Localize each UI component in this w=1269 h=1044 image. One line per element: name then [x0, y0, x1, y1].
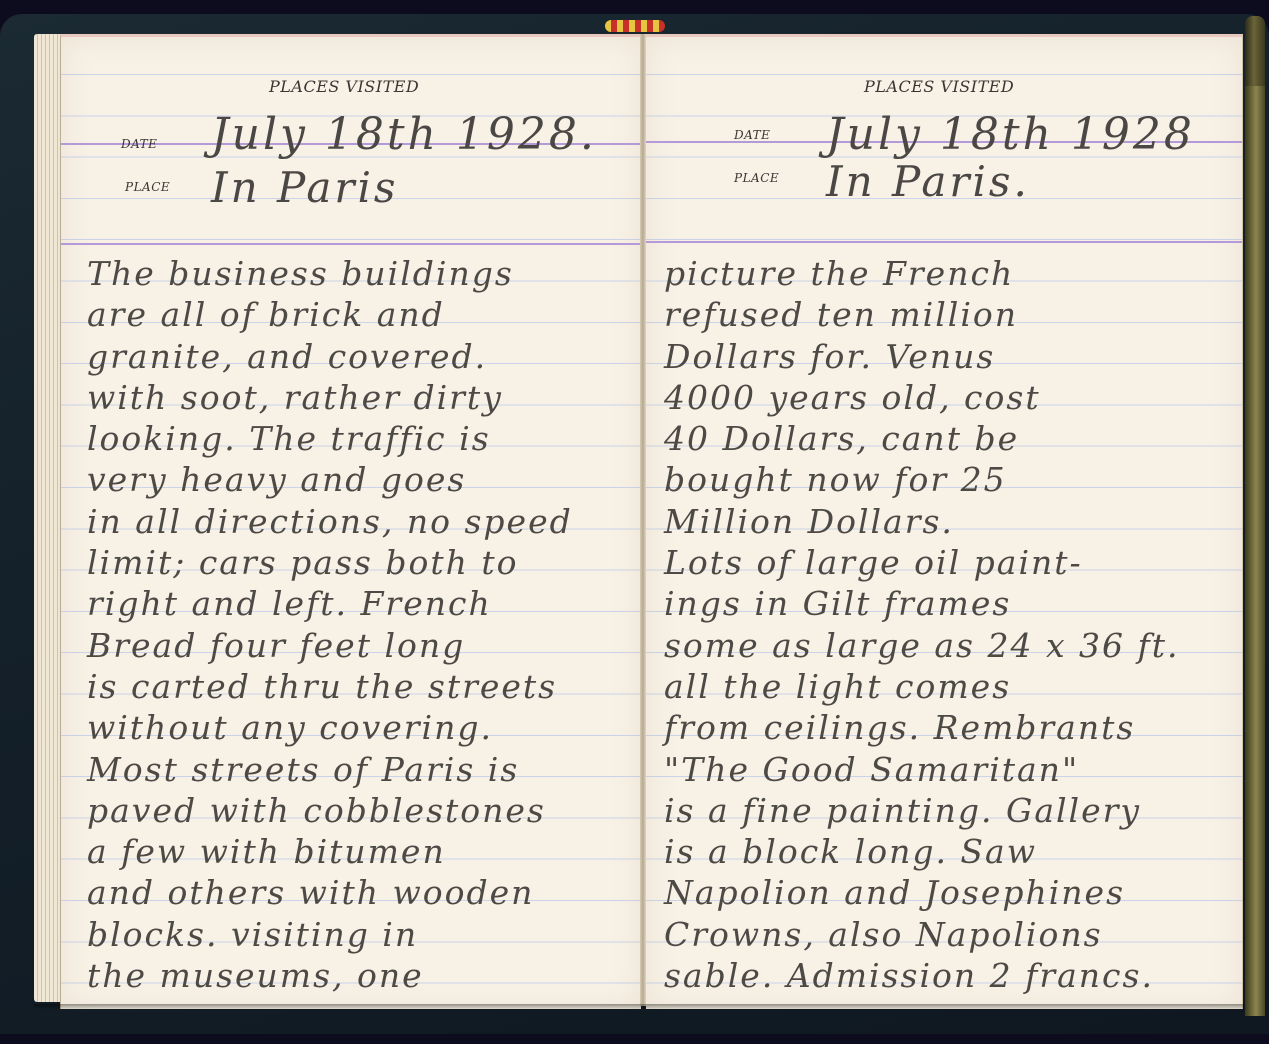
text-line: ings in Gilt frames [664, 583, 1180, 624]
page-heading: PLACES VISITED [269, 77, 419, 96]
right-page: PLACES VISITED DATE PLACE July 18th 1928… [646, 34, 1243, 1009]
text-line: some as large as 24 x 36 ft. [664, 625, 1180, 666]
text-line: The business buildings [87, 253, 573, 294]
text-line: is carted thru the streets [87, 666, 573, 707]
date-value: July 18th 1928. [211, 109, 597, 160]
pencil-holder [1245, 16, 1265, 1016]
text-line: from ceilings. Rembrants [664, 707, 1180, 748]
place-value: In Paris. [826, 157, 1030, 206]
text-line: without any covering. [87, 707, 573, 748]
text-line: very heavy and goes [87, 459, 573, 500]
text-line: with soot, rather dirty [87, 377, 573, 418]
text-line: and others with wooden [87, 872, 573, 913]
header-rule-bottom [61, 243, 641, 245]
text-line: the museums, one [87, 955, 573, 996]
page-heading: PLACES VISITED [864, 77, 1014, 96]
place-label: PLACE [734, 171, 779, 185]
text-line: is a block long. Saw [664, 831, 1180, 872]
date-label: DATE [734, 128, 770, 142]
text-line: granite, and covered. [87, 336, 573, 377]
place-value: In Paris [211, 163, 398, 212]
text-line: Most streets of Paris is [87, 749, 573, 790]
text-line: refused ten million [664, 294, 1180, 335]
text-line: 40 Dollars, cant be [664, 418, 1180, 459]
text-line: a few with bitumen [87, 831, 573, 872]
text-line: Crowns, also Napolions [664, 914, 1180, 955]
text-line: in all directions, no speed [87, 501, 573, 542]
date-value: July 18th 1928 [826, 109, 1195, 160]
text-line: 4000 years old, cost [664, 377, 1180, 418]
text-line: right and left. French [87, 583, 573, 624]
page-bottom-shadow [34, 1004, 1244, 1010]
text-line: Napolion and Josephines [664, 872, 1180, 913]
text-line: Dollars for. Venus [664, 336, 1180, 377]
bookmark-ribbon [605, 20, 665, 32]
text-line: Bread four feet long [87, 625, 573, 666]
text-line: are all of brick and [87, 294, 573, 335]
text-line: "The Good Samaritan" [664, 749, 1180, 790]
text-line: looking. The traffic is [87, 418, 573, 459]
place-label: PLACE [125, 180, 170, 194]
text-line: bought now for 25 [664, 459, 1180, 500]
text-line: sable. Admission 2 francs. [664, 955, 1180, 996]
text-line: Lots of large oil paint- [664, 542, 1180, 583]
text-line: paved with cobblestones [87, 790, 573, 831]
pencil-cap [1245, 16, 1265, 86]
text-line: picture the French [664, 253, 1180, 294]
header-rule-bottom [646, 241, 1242, 243]
text-line: Million Dollars. [664, 501, 1180, 542]
date-label: DATE [121, 137, 157, 151]
text-line: limit; cars pass both to [87, 542, 573, 583]
text-line: is a fine painting. Gallery [664, 790, 1180, 831]
journal-text: picture the French refused ten million D… [664, 253, 1180, 996]
left-page: PLACES VISITED DATE PLACE July 18th 1928… [60, 34, 641, 1009]
journal-text: The business buildings are all of brick … [87, 253, 573, 996]
text-line: blocks. visiting in [87, 914, 573, 955]
text-line: all the light comes [664, 666, 1180, 707]
